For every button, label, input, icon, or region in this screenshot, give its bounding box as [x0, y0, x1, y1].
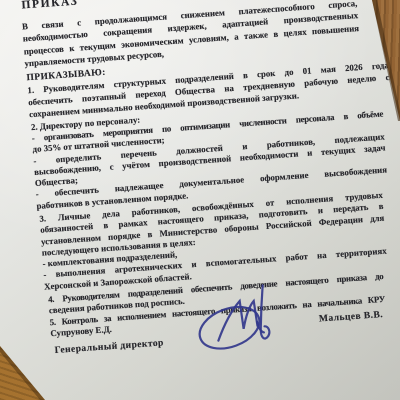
paper-sheet: ПРИКАЗ В связи с продолжающимся снижение…	[14, 0, 400, 364]
signer-position-label: Генеральный директор	[54, 338, 164, 357]
photographed-order-document: ПРИКАЗ В связи с продолжающимся снижение…	[0, 0, 400, 400]
signature-ink	[192, 275, 298, 367]
